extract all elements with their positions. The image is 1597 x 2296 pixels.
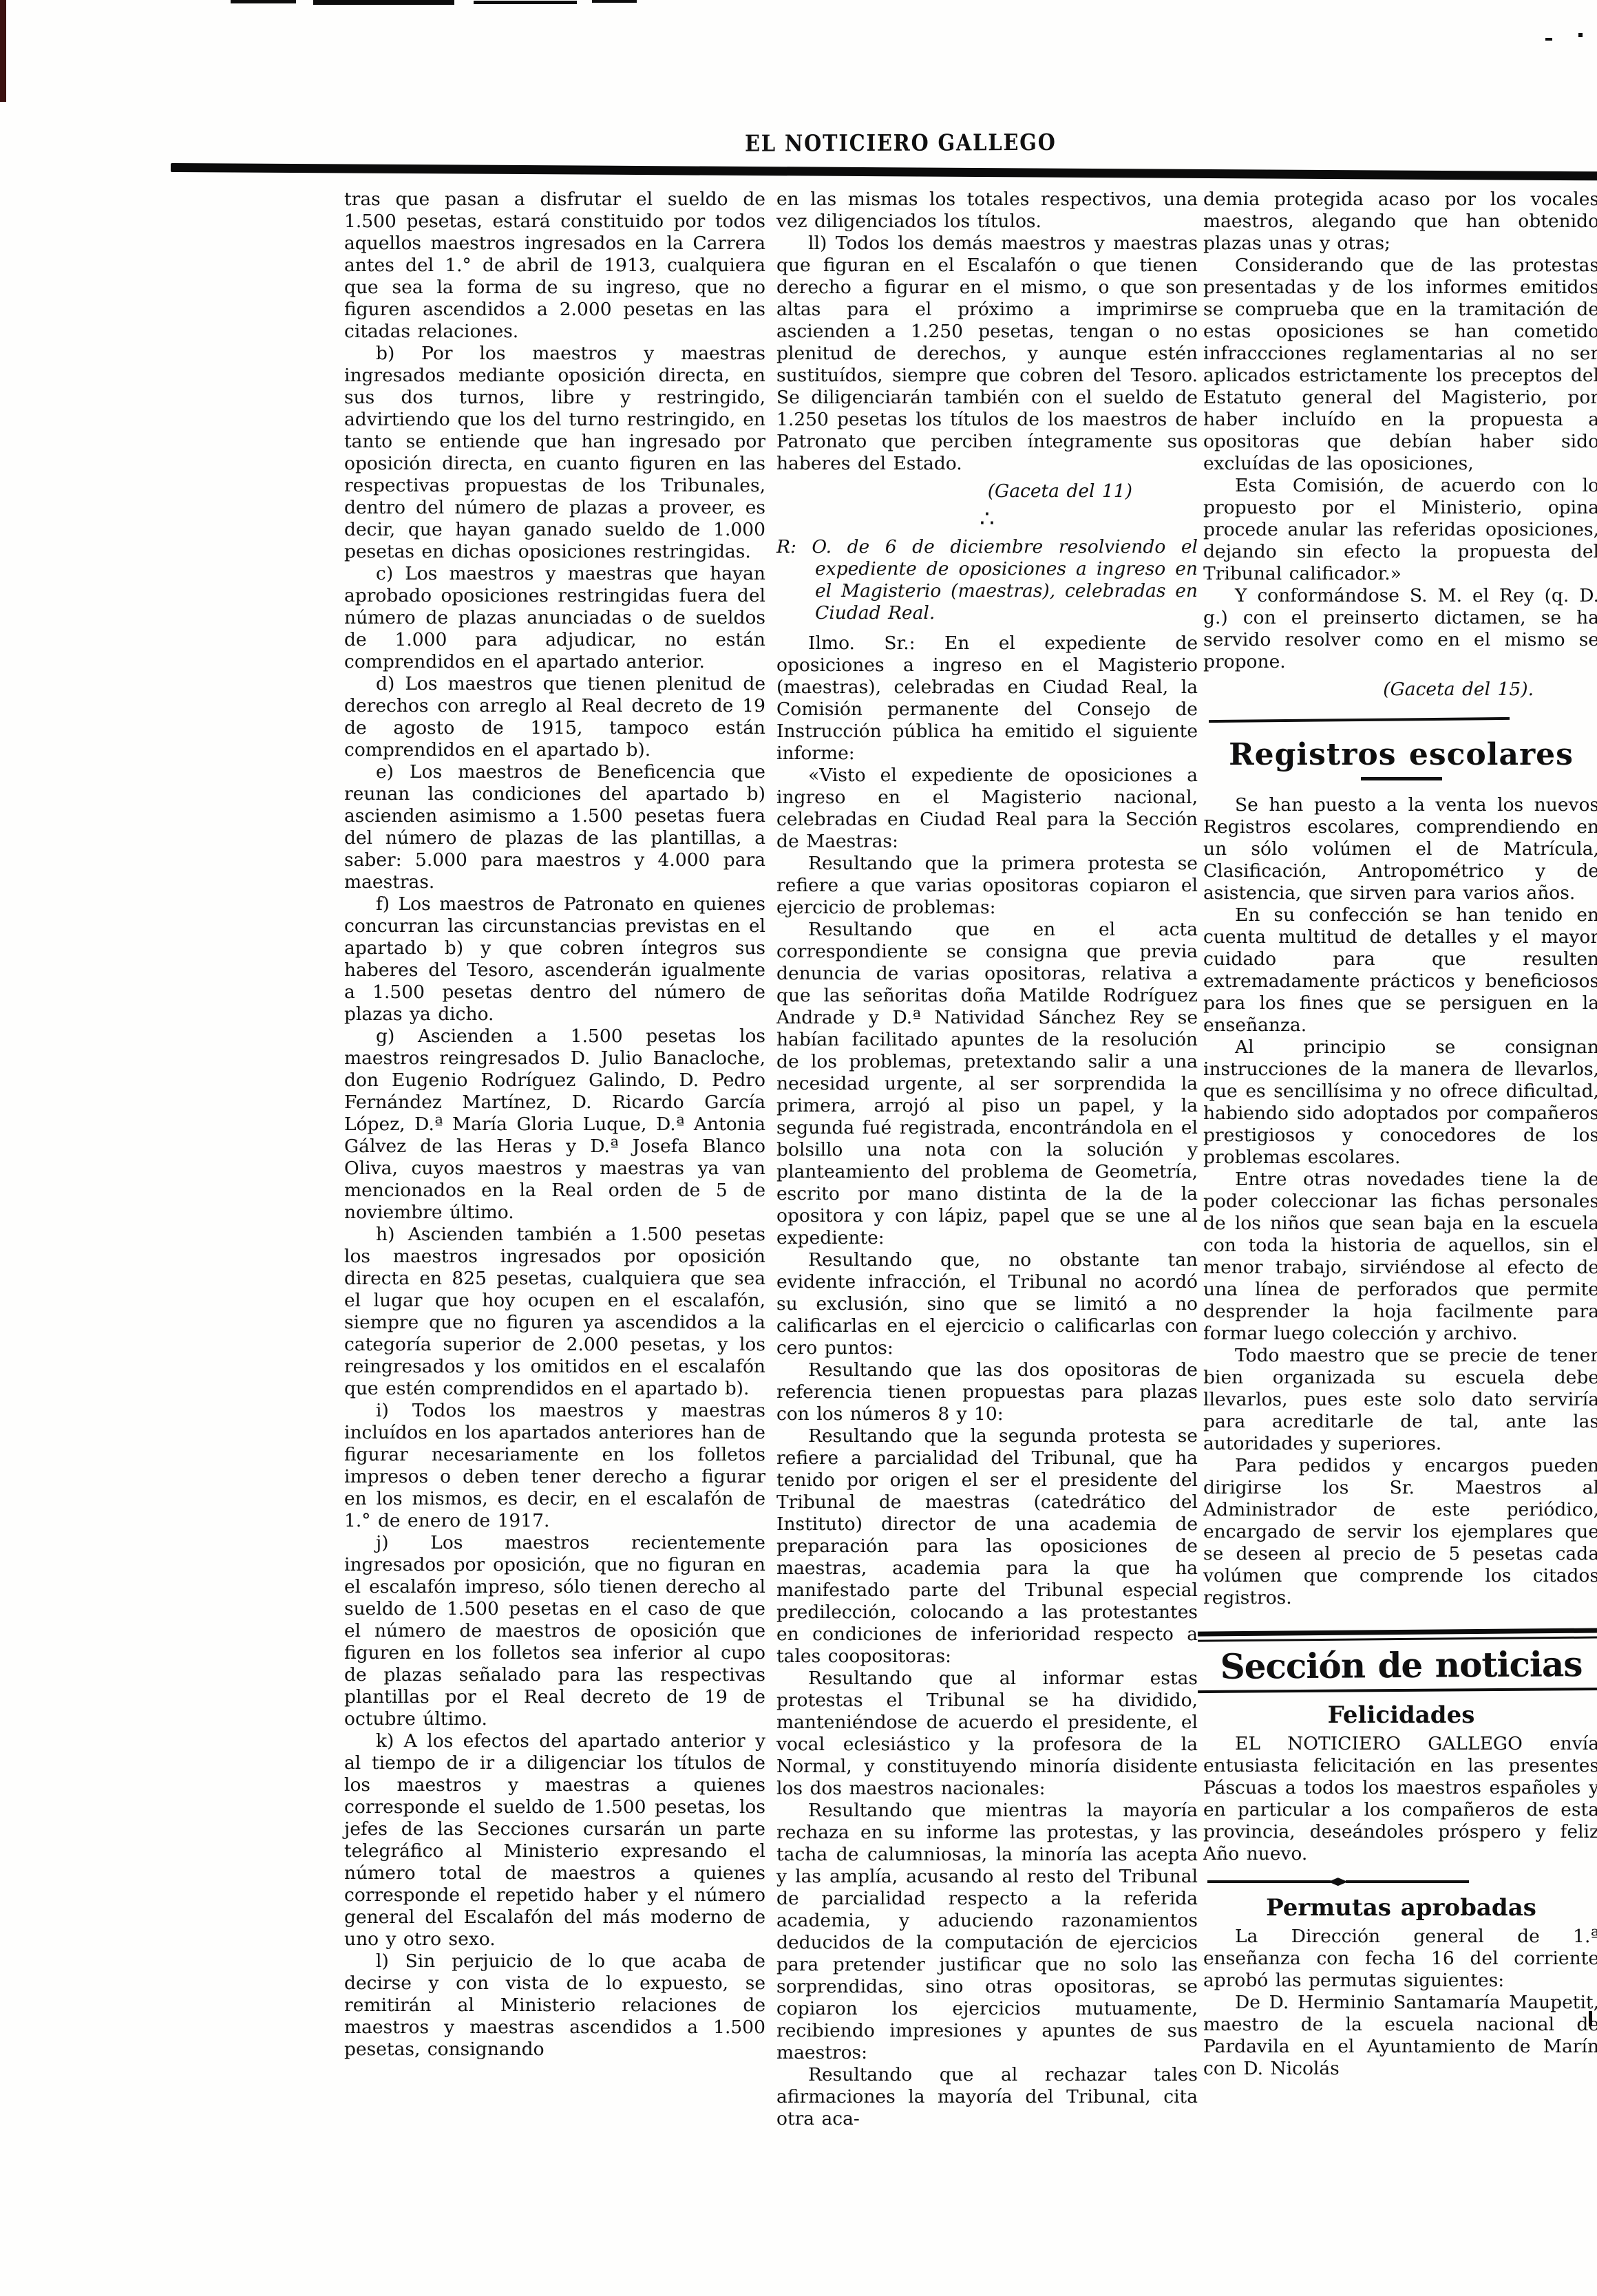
paragraph: Resultando que al rechazar tales afirmac… <box>776 2064 1198 2130</box>
paragraph: f) Los maestros de Patronato en quienes … <box>344 893 765 1025</box>
paragraph: En su confección se han tenido en cuenta… <box>1203 904 1597 1037</box>
paragraph: b) Por los maestros y maestras ingresado… <box>344 343 765 563</box>
asterism-ornament: ∴ <box>776 507 1198 532</box>
column-3: demia protegida acaso por los vocales ma… <box>1203 189 1597 2080</box>
newspaper-page: EL NOTICIERO GALLEGO tras que pasan a di… <box>0 0 1597 2296</box>
news-section-title: Sección de noticias <box>1203 1644 1597 1687</box>
paragraph-continuation: tras que pasan a disfrutar el sueldo de … <box>344 189 765 343</box>
scan-artifact <box>1545 38 1552 41</box>
masthead-title: EL NOTICIERO GALLEGO <box>745 129 1057 157</box>
column-2: en las mismas los totales respectivos, u… <box>776 189 1198 2130</box>
paragraph: l) Sin perjuicio de lo que acaba de deci… <box>344 1950 765 2061</box>
paragraph: c) Los maestros y maestras que hayan apr… <box>344 563 765 673</box>
gaceta-credit: (Gaceta del 11) <box>776 480 1198 502</box>
paragraph: Entre otras novedades tiene la de poder … <box>1203 1169 1597 1345</box>
section-heading: Registros escolares <box>1203 738 1597 773</box>
paragraph: g) Ascienden a 1.500 pesetas los maestro… <box>344 1025 765 1224</box>
paragraph: i) Todos los maestros y maestras incluíd… <box>344 1400 765 1532</box>
title-underline <box>1198 1688 1597 1693</box>
paragraph: Se han puesto a la venta los nuevos Regi… <box>1203 794 1597 904</box>
order-lead-italic: R: O. de 6 de diciembre resolviendo el e… <box>776 536 1198 624</box>
scan-artifact <box>0 0 6 102</box>
paragraph: Considerando que de las protestas presen… <box>1203 255 1597 475</box>
paragraph: ll) Todos los demás maestros y maestras … <box>776 233 1198 475</box>
paragraph: Ilmo. Sr.: En el expediente de oposicion… <box>776 633 1198 765</box>
divider-rule <box>1209 717 1510 723</box>
paragraph: h) Ascienden también a 1.500 pesetas los… <box>344 1224 765 1400</box>
paragraph: Resultando que al informar estas protest… <box>776 1668 1198 1800</box>
paragraph: Resultando que la segunda protesta se re… <box>776 1425 1198 1668</box>
paragraph: EL NOTICIERO GALLEGO envía entusiasta fe… <box>1203 1733 1597 1865</box>
gaceta-credit: (Gaceta del 15). <box>1203 679 1597 701</box>
paragraph: Resultando que mientras la mayoría recha… <box>776 1800 1198 2064</box>
diamond-divider <box>1207 1878 1469 1886</box>
paragraph-continuation: en las mismas los totales respectivos, u… <box>776 189 1198 233</box>
double-divider-rule <box>1198 1628 1597 1641</box>
paragraph: Esta Comisión, de acuerdo con lo propues… <box>1203 475 1597 585</box>
paragraph: e) Los maestros de Beneficencia que reun… <box>344 761 765 893</box>
paragraph: Resultando que, no obstante tan evidente… <box>776 1249 1198 1359</box>
paragraph: Resultando que la primera protesta se re… <box>776 853 1198 919</box>
scan-artifact <box>474 1 577 4</box>
diamond-ornament-icon <box>1329 1878 1348 1886</box>
divider-line <box>1207 1880 1331 1883</box>
paragraph: Y conformándose S. M. el Rey (q. D. g.) … <box>1203 585 1597 673</box>
scan-artifact <box>313 0 454 5</box>
paragraph: j) Los maestros recientemente ingresados… <box>344 1532 765 1730</box>
article-subheading: Felicidades <box>1203 1704 1597 1726</box>
scan-artifact <box>231 0 296 3</box>
divider-line <box>1346 1880 1469 1883</box>
paragraph: k) A los efectos del apartado anterior y… <box>344 1730 765 1950</box>
article-subheading: Permutas aprobadas <box>1203 1897 1597 1919</box>
paragraph: Todo maestro que se precie de tener bien… <box>1203 1345 1597 1455</box>
column-1: tras que pasan a disfrutar el sueldo de … <box>344 189 765 2061</box>
paragraph: Para pedidos y encargos pueden dirigirse… <box>1203 1455 1597 1609</box>
paragraph: La Dirección general de 1.ª enseñanza co… <box>1203 1926 1597 1992</box>
paragraph: Al principio se consignan instrucciones … <box>1203 1037 1597 1169</box>
scan-artifact <box>1578 33 1583 37</box>
paragraph: d) Los maestros que tienen plenitud de d… <box>344 673 765 761</box>
paragraph: De D. Herminio Santamaría Maupetit, maes… <box>1203 1992 1597 2080</box>
scan-artifact <box>592 0 637 3</box>
paragraph: Resultando que las dos opositoras de ref… <box>776 1359 1198 1425</box>
heading-underline <box>1361 777 1442 780</box>
paragraph: «Visto el expediente de oposiciones a in… <box>776 765 1198 853</box>
masthead-rule <box>171 163 1597 180</box>
paragraph: Resultando que en el acta correspondient… <box>776 919 1198 1249</box>
paragraph-continuation: demia protegida acaso por los vocales ma… <box>1203 189 1597 255</box>
